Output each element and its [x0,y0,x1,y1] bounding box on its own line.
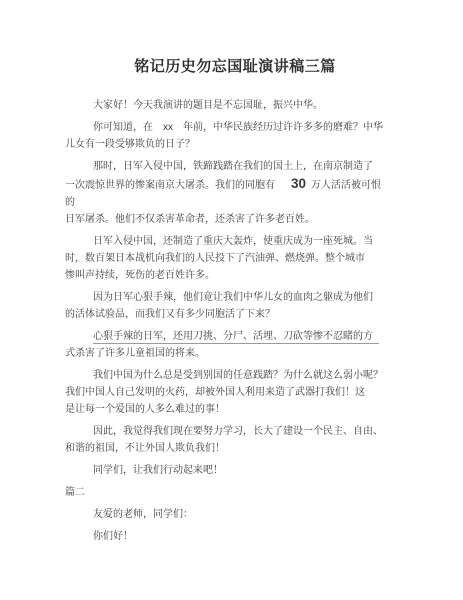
text-line: 我们中国人自己发明的火药，却被外国人利用来造了武器打我们！这 [65,384,405,401]
text-line: 时，数百架日本战机向我们的人民投下了汽油弹、燃烧弹。整个城市 [65,250,405,267]
paragraph-salutation: 友爱的老师，同学们： [65,506,405,523]
text-line: 日军屠杀。他们不仅杀害革命者，还杀害了许多老百姓。 [65,211,405,228]
text-line: 惨叫声持续，死伤的老百姓许多。 [65,267,405,284]
section-label: 篇二 [65,484,405,501]
text-line: 你可知道，在 xx 年前，中华民族经历过许许多多的磨难？中华 [65,119,405,136]
paragraph-nanjing: 那时，日军入侵中国，铁蹄践踏在我们的国土上，在南京制造了 一次震惊世界的惨案南京… [65,158,405,228]
text-line-with-number: 一次震惊世界的惨案南京大屠杀。我们的同胞有30万人活活被可恨 [65,175,405,194]
text-segment: 一次震惊世界的惨案南京大屠杀。我们的同胞有 [65,180,275,191]
casualty-number: 30 [291,176,306,191]
text-line: 和谐的祖国，不让外国人欺负我们！ [65,440,405,457]
paragraph-atrocities: 心狠手辣的日军，还用刀挑、分尸、活埋、刀砍等惨不忍睹的方 式杀害了许多儿童祖国的… [65,328,405,362]
paragraph-why-weak: 我们中国为什么总是受到别国的任意践踏？为什么就这么弱小呢？ 我们中国人自己发明的… [65,367,405,418]
text-line: 因为日军心狠手辣，他们竟让我们中华儿女的血肉之躯成为他们 [65,289,405,306]
text-line: 因此，我觉得我们现在要努力学习，长大了建设一个民主、自由、 [65,423,405,440]
text-line: 是让每一个爱国的人多么难过的事！ [65,401,405,418]
text-line: 我们中国为什么总是受到别国的任意践踏？为什么就这么弱小呢？ [65,367,405,384]
document-title: 铭记历史勿忘国耻演讲稿三篇 [65,57,405,76]
underlined-text: 心狠手辣的日军，还用刀挑、分尸、活埋、刀砍等惨不忍睹的方 [93,331,379,344]
paragraph-greeting: 大家好！今天我演讲的题目是不忘国耻，振兴中华。 [65,97,405,114]
section-two-heading: 篇二 [65,484,405,501]
text-line-underlined: 心狠手辣的日军，还用刀挑、分尸、活埋、刀砍等惨不忍睹的方 [65,328,405,345]
paragraph-hello: 你们好！ [65,528,405,545]
text-line: 同学们，让我们行动起来吧！ [65,462,405,479]
paragraph-resolution: 因此，我觉得我们现在要努力学习，长大了建设一个民主、自由、 和谐的祖国，不让外国… [65,423,405,457]
paragraph-call-to-action: 同学们，让我们行动起来吧！ [65,462,405,479]
text-line: 友爱的老师，同学们： [65,506,405,523]
text-line: 你们好！ [65,528,405,545]
paragraph-chongqing: 日军入侵中国，还制造了重庆大轰炸，使重庆成为一座死城。当 时，数百架日本战机向我… [65,233,405,284]
text-line: 儿女有一段受够欺负的日子？ [65,136,405,153]
paragraph-experiments: 因为日军心狠手辣，他们竟让我们中华儿女的血肉之躯成为他们 的活体试验品，而我们又… [65,289,405,323]
text-line: 大家好！今天我演讲的题目是不忘国耻，振兴中华。 [65,97,405,114]
paragraph-question: 你可知道，在 xx 年前，中华民族经历过许许多多的磨难？中华 儿女有一段受够欺负… [65,119,405,153]
text-segment: 万人活活被可恨 [311,180,381,191]
document-page: 铭记历史勿忘国耻演讲稿三篇 大家好！今天我演讲的题目是不忘国耻，振兴中华。 你可… [0,0,463,600]
text-line: 的活体试验品，而我们又有多少同胞活了下来？ [65,306,405,323]
text-line: 的 [65,194,405,211]
text-line: 那时，日军入侵中国，铁蹄践踏在我们的国土上，在南京制造了 [65,158,405,175]
text-line: 式杀害了许多儿童祖国的将来。 [65,345,405,362]
text-line: 日军入侵中国，还制造了重庆大轰炸，使重庆成为一座死城。当 [65,233,405,250]
